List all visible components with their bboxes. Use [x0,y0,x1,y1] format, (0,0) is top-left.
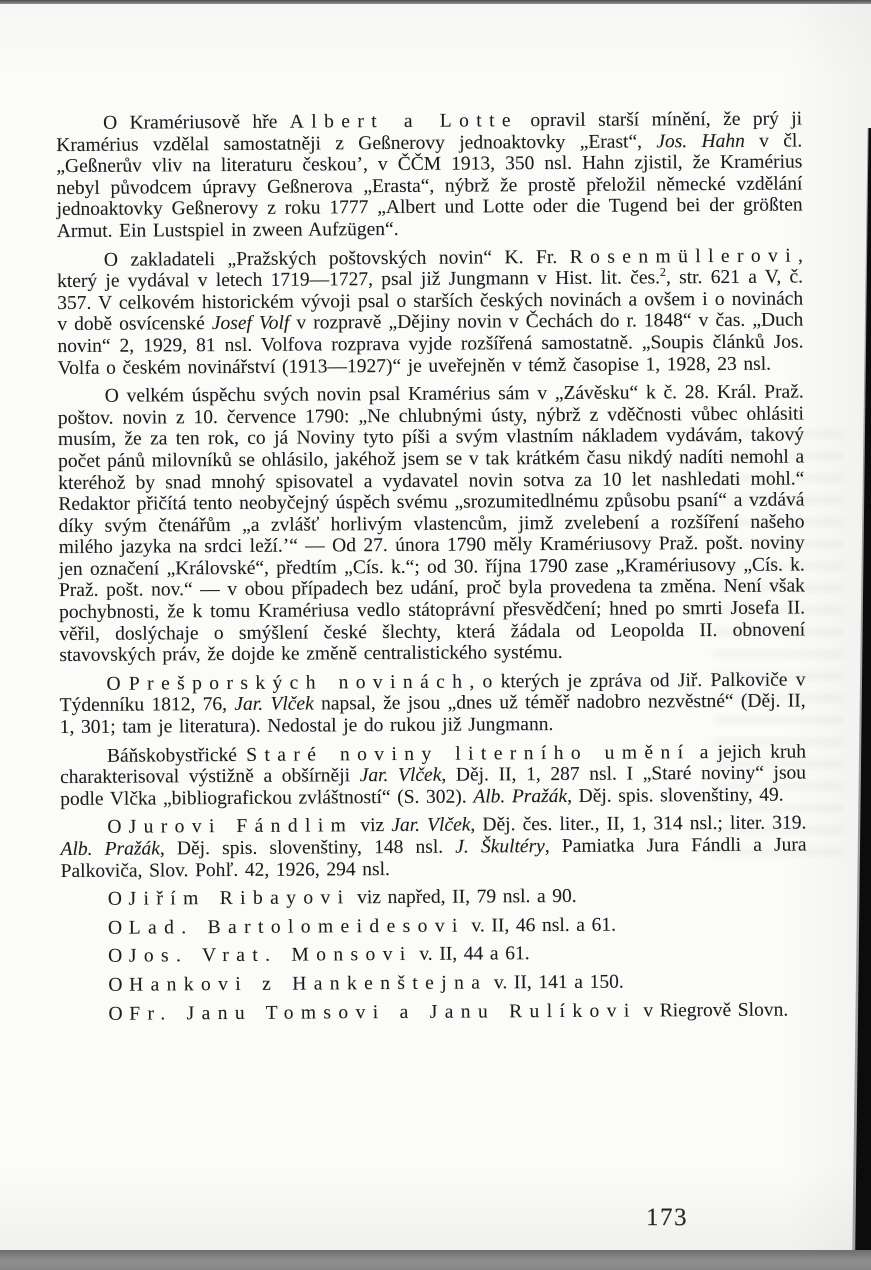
text-run: v. II, 44 a 61. [413,943,530,965]
text-run: Staré noviny literního umění [246,742,690,766]
text-run: Alb. Pražák [473,786,567,808]
scan-edge-top [0,0,871,4]
text-run: v. II, 141 a 150. [487,972,624,994]
text-run: O zakladateli „Pražských poštovských nov… [104,246,570,270]
text-run: O [106,673,129,694]
text-run: J. Škultéry [455,836,545,858]
text-run: Hankovi z Hankenštejna [129,972,487,995]
paragraph: O Hankovi z Hankenštejna v. II, 141 a 15… [61,970,807,996]
text-run: Jurovi Fándlim [129,816,354,838]
text-run: Fr. Janu Tomsovi a Janu Rulíkovi [129,1000,637,1024]
text-run: Josef Volf [212,313,290,334]
text-run: , Děj. spis. slovenštiny, 148 nsl. [160,837,455,860]
text-run: viz napřed, II, 79 nsl. a 90. [350,886,576,908]
paragraph: O zakladateli „Pražských poštovských nov… [57,245,804,379]
text-run: Prešporských novinách [129,671,470,694]
text-run: Jar. Vlček [391,815,470,836]
text-run: Lad. Bartolomeidesovi [129,915,465,938]
text-run: Rosenmüllerovi [570,245,798,267]
paragraph: O Kramériusově hře Albert a Lotte opravi… [56,108,803,242]
text-run: O [108,1003,129,1024]
text-run: O [108,975,129,996]
scanned-book-page: O Kramériusově hře Albert a Lotte opravi… [0,0,871,1270]
page-number: 173 [646,1204,688,1232]
paragraph: O Jurovi Fándlim viz Jar. Vlček, Děj. če… [60,813,806,882]
text-run: Jar. Vlček [360,765,442,786]
text-run: O [108,946,129,967]
text-run: , Děj. spis. slovenštiny, 49. [567,784,784,806]
paragraph: O velkém úspěchu svých novin psal Kramér… [58,382,806,667]
page-text: O Kramériusově hře Albert a Lotte opravi… [56,108,808,1025]
text-run: Jar. Vlček [234,694,313,715]
paragraph: O Jos. Vrat. Monsovi v. II, 44 a 61. [61,942,807,968]
scan-edge-bottom [0,1250,871,1270]
paragraph: O Lad. Bartolomeidesovi v. II, 46 nsl. a… [61,913,807,939]
text-run: v. II, 46 nsl. a 61. [465,914,616,936]
text-run: v Riegrově Slovn. [637,999,789,1021]
text-run: Alb. Pražák [60,838,159,860]
text-run: Jiřím Ribayovi [128,887,350,909]
paragraph: O Prešporských novinách, o kterých je zp… [59,669,805,738]
text-run: O [107,817,128,838]
text-run: , Děj. čes. liter., II, 1, 314 nsl.; lit… [470,813,806,836]
text-run: Jos. Hahn [656,130,745,152]
page-content: O Kramériusově hře Albert a Lotte opravi… [56,108,808,1025]
text-run: viz [353,815,391,836]
text-run: Albert a Lotte [290,110,518,132]
text-run: O [108,889,129,910]
text-run: O Kramériusově hře [103,112,290,134]
paragraph: Báňskobystřické Staré noviny literního u… [60,741,806,810]
text-run: O velkém úspěchu svých novin psal Kramér… [58,382,805,667]
text-run: Báňskobystřické [107,744,246,766]
paragraph: O Jiřím Ribayovi viz napřed, II, 79 nsl.… [61,885,807,911]
scan-edge-right [855,128,871,1270]
text-run: O [108,917,129,938]
text-run: Jos. Vrat. Monsovi [129,944,413,967]
paragraph: O Fr. Janu Tomsovi a Janu Rulíkovi v Rie… [61,999,807,1025]
